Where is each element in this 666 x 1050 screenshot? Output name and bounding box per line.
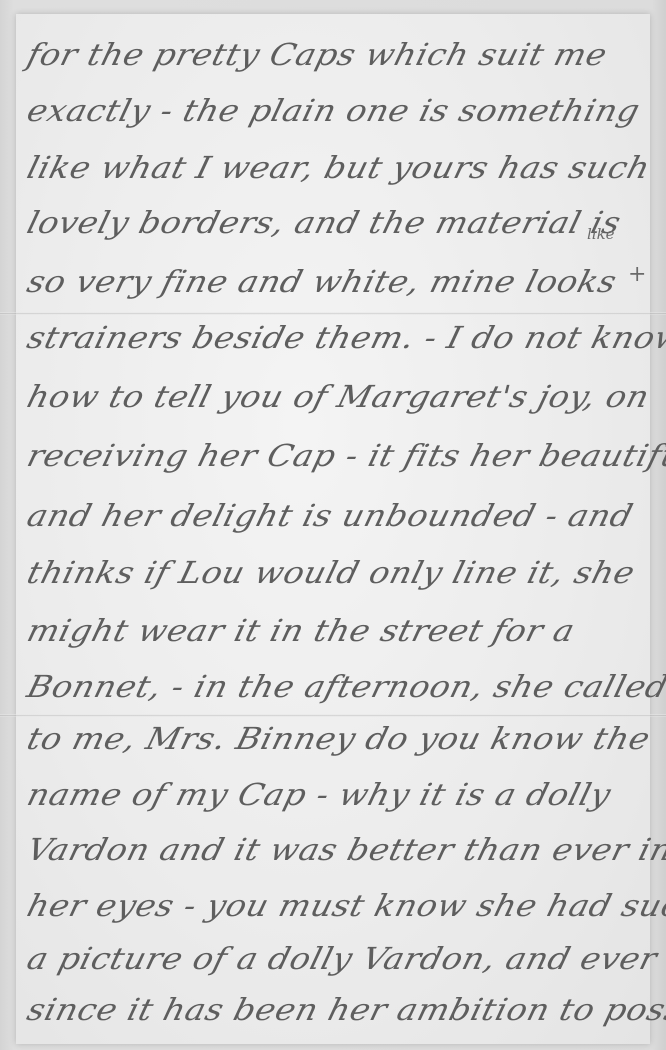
scanned-page: for the pretty Caps which suit me exactl… xyxy=(0,0,666,1050)
fold-crease xyxy=(0,312,666,315)
handwritten-line-18: since it has been her ambition to posses… xyxy=(24,992,666,1028)
handwritten-line-2: exactly - the plain one is something xyxy=(24,93,644,129)
handwritten-line-7: how to tell you of Margaret's joy, on xyxy=(24,379,654,415)
handwritten-line-16: her eyes - you must know she had such xyxy=(24,888,666,924)
handwritten-line-1: for the pretty Caps which suit me xyxy=(24,37,611,73)
handwritten-line-13: to me, Mrs. Binney do you know the xyxy=(24,721,654,757)
handwritten-line-4: lovely borders, and the material is xyxy=(24,205,625,241)
handwritten-line-8: receiving her Cap - it fits her beautifu… xyxy=(24,438,666,474)
handwritten-line-15: Vardon and it was better than ever in xyxy=(24,832,666,868)
insertion-mark: + xyxy=(628,262,646,287)
handwritten-line-11: might wear it in the street for a xyxy=(24,613,579,649)
fold-crease xyxy=(0,714,666,717)
interlinear-insertion: like xyxy=(587,225,615,243)
handwritten-line-9: and her delight is unbounded - and xyxy=(24,498,637,534)
handwritten-line-6: strainers beside them. - I do not know xyxy=(24,320,666,356)
handwritten-line-14: name of my Cap - why it is a dolly xyxy=(24,777,615,813)
handwritten-line-5: so very fine and white, mine looks xyxy=(24,264,621,300)
handwritten-line-17: a picture of a dolly Vardon, and ever xyxy=(24,941,662,977)
handwritten-line-12: Bonnet, - in the afternoon, she called xyxy=(24,669,666,705)
handwritten-line-3: like what I wear, but yours has such xyxy=(24,150,654,186)
handwritten-line-10: thinks if Lou would only line it, she xyxy=(24,555,639,591)
